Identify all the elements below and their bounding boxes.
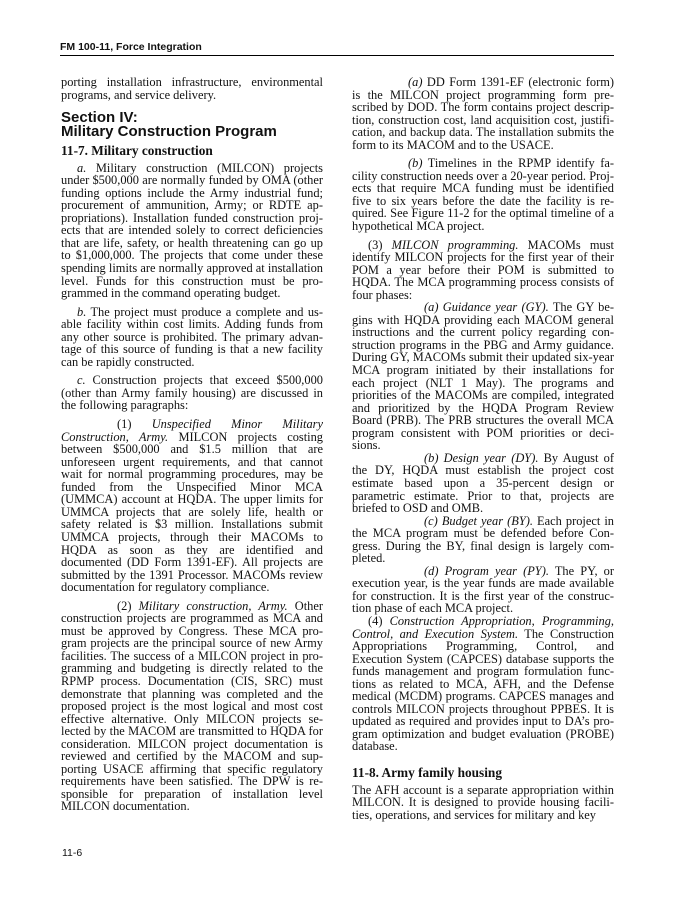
left-column: porting installation infrastructure, env… (61, 76, 323, 819)
continuation-paragraph: porting installation infrastructure, env… (61, 76, 323, 101)
paragraph-c2-text: Other con­struction projects are program… (61, 599, 323, 814)
paragraph-2a: (a) DD Form 1391-EF (electronic form) is… (352, 76, 614, 151)
paragraph-4-text: The Con­struction Appropriations Program… (352, 627, 614, 754)
paragraph-b-text: The project must produce a complete and … (61, 305, 323, 369)
paragraph-3b: (b) Design year (DY). By August of the D… (352, 452, 614, 515)
paragraph-c1: (1) Unspecified Minor Military Construc­… (61, 418, 323, 594)
running-title: FM 100-11, Force Integration (60, 41, 202, 53)
paragraph-11-8: The AFH account is a separate appropriat… (352, 784, 614, 822)
paragraph-heading-11-8: 11-8. Army family housing (352, 767, 614, 780)
running-header: FM 100-11, Force Integration (60, 41, 614, 56)
paragraph-3a: (a) Guidance year (GY). The GY be­gins w… (352, 301, 614, 452)
page-number: 11-6 (62, 847, 82, 859)
paragraph-c1-text: MILCON projects costing between $500,000… (61, 430, 323, 595)
paragraph-a-text: Military construction (MILCON) projects … (61, 161, 323, 300)
paragraph-3: (3) MILCON programming. MACOMs must iden… (352, 239, 614, 302)
paragraph-a: a. Military construction (MILCON) projec… (61, 162, 323, 300)
paragraph-c2: (2) Military construction, Army. Other c… (61, 600, 323, 813)
paragraph-3a-text: The GY be­gins with HQDA providing each … (352, 300, 614, 452)
paragraph-heading-11-7: 11-7. Military construction (61, 145, 323, 158)
paragraph-c-text: Construction projects that exceed $500,0… (61, 373, 323, 412)
paragraph-4: (4) Construction Appropriation, Program­… (352, 615, 614, 753)
paragraph-3d: (d) Program year (PY). The PY, or execut… (352, 565, 614, 615)
section-heading: Section IV: Military Construction Progra… (61, 111, 323, 139)
paragraph-3c: (c) Budget year (BY). Each project in th… (352, 515, 614, 565)
paragraph-b: b. The project must produce a complete a… (61, 306, 323, 369)
paragraph-2b-text: Timelines in the RPMP identify fa­cility… (352, 156, 614, 233)
paragraph-c: c. Construction projects that exceed $50… (61, 374, 323, 412)
paragraph-2a-text: DD Form 1391-EF (electronic form) is the… (352, 75, 614, 152)
paragraph-2b: (b) Timelines in the RPMP identify fa­ci… (352, 157, 614, 232)
right-column: (a) DD Form 1391-EF (electronic form) is… (352, 76, 614, 827)
section-title: Military Construction Program (61, 125, 323, 139)
